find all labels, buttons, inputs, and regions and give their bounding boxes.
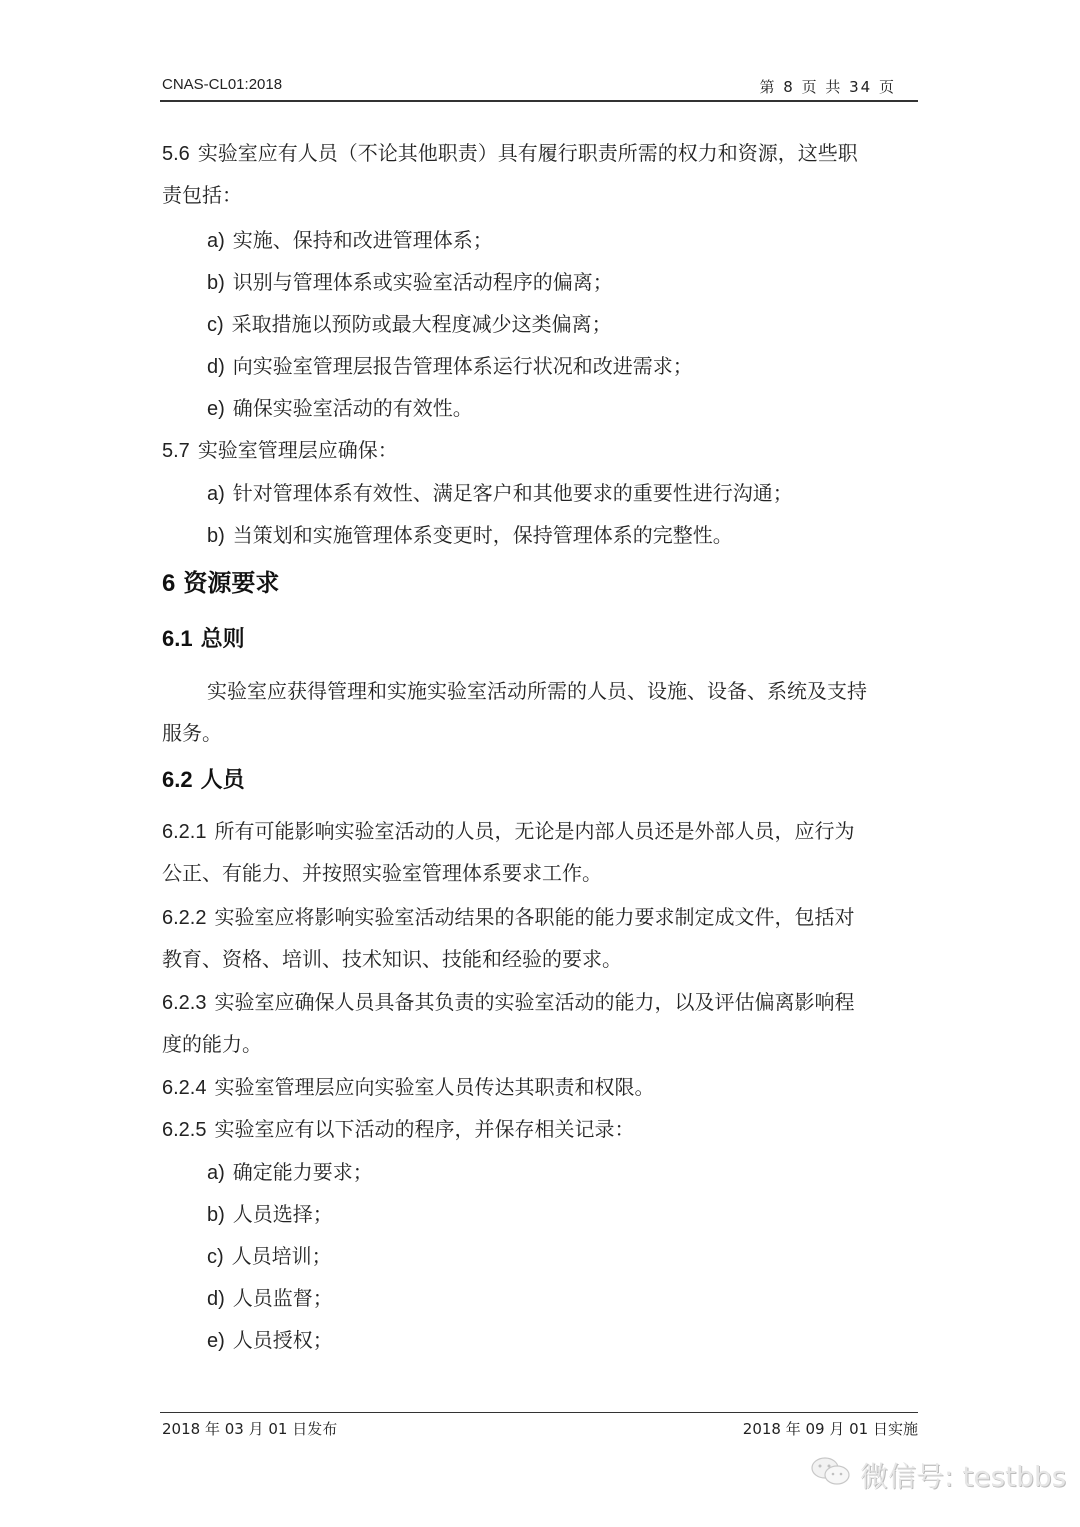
list-item: e)确保实验室活动的有效性。 bbox=[207, 395, 473, 422]
clause-6-2-1-continued: 公正、有能力、并按照实验室管理体系要求工作。 bbox=[162, 860, 602, 886]
document-page: CNAS-CL01:2018 第 8 页 共 34 页 5.6实验室应有人员（不… bbox=[0, 0, 1080, 1527]
clause-number: 6.2.4 bbox=[162, 1077, 206, 1099]
list-marker: e) bbox=[207, 398, 225, 420]
clause-6-2-5: 6.2.5实验室应有以下活动的程序，并保存相关记录： bbox=[162, 1116, 634, 1143]
clause-5-6: 5.6实验室应有人员（不论其他职责）具有履行职责所需的权力和资源，这些职 bbox=[162, 140, 858, 167]
list-item: a)确定能力要求； bbox=[207, 1159, 373, 1186]
section-heading-6: 6资源要求 bbox=[162, 570, 279, 597]
list-text: 人员监督； bbox=[233, 1286, 333, 1310]
list-text: 人员培训； bbox=[232, 1244, 332, 1268]
clause-text: 实验室应有以下活动的程序，并保存相关记录： bbox=[214, 1117, 634, 1141]
clause-6-2-3-continued: 度的能力。 bbox=[162, 1031, 262, 1057]
footer-divider bbox=[160, 1412, 918, 1413]
list-item: a)实施、保持和改进管理体系； bbox=[207, 227, 493, 254]
clause-text: 责包括： bbox=[162, 183, 242, 207]
list-marker: b) bbox=[207, 525, 225, 547]
page-header: CNAS-CL01:2018 第 8 页 共 34 页 bbox=[162, 76, 918, 98]
list-text: 识别与管理体系或实验室活动程序的偏离； bbox=[233, 270, 613, 294]
list-item: d)向实验室管理层报告管理体系运行状况和改进需求； bbox=[207, 353, 693, 380]
list-text: 实施、保持和改进管理体系； bbox=[233, 228, 493, 252]
clause-text: 实验室应将影响实验室活动结果的各职能的能力要求制定成文件，包括对 bbox=[214, 905, 854, 929]
section-number: 6.1 bbox=[162, 626, 193, 651]
clause-number: 5.6 bbox=[162, 143, 190, 165]
list-item: b)当策划和实施管理体系变更时，保持管理体系的完整性。 bbox=[207, 522, 733, 549]
clause-text: 所有可能影响实验室活动的人员，无论是内部人员还是外部人员，应行为 bbox=[214, 819, 854, 843]
list-item: c)人员培训； bbox=[207, 1243, 332, 1270]
clause-text: 教育、资格、培训、技术知识、技能和经验的要求。 bbox=[162, 947, 622, 971]
clause-text: 公正、有能力、并按照实验室管理体系要求工作。 bbox=[162, 861, 602, 885]
list-text: 确定能力要求； bbox=[233, 1160, 373, 1184]
list-text: 当策划和实施管理体系变更时，保持管理体系的完整性。 bbox=[233, 523, 733, 547]
list-marker: d) bbox=[207, 1288, 225, 1310]
list-item: b)人员选择； bbox=[207, 1201, 333, 1228]
clause-number: 6.2.1 bbox=[162, 821, 206, 843]
paragraph-text: 服务。 bbox=[162, 721, 222, 745]
clause-6-2-3: 6.2.3实验室应确保人员具备其负责的实验室活动的能力，以及评估偏离影响程 bbox=[162, 989, 854, 1016]
watermark-text: 微信号: testbbs bbox=[860, 1455, 1066, 1495]
list-marker: b) bbox=[207, 1204, 225, 1226]
clause-6-2-1: 6.2.1所有可能影响实验室活动的人员，无论是内部人员还是外部人员，应行为 bbox=[162, 818, 854, 845]
list-marker: c) bbox=[207, 314, 224, 336]
clause-text: 度的能力。 bbox=[162, 1032, 262, 1056]
list-text: 采取措施以预防或最大程度减少这类偏离； bbox=[232, 312, 612, 336]
clause-number: 6.2.5 bbox=[162, 1119, 206, 1141]
list-text: 确保实验室活动的有效性。 bbox=[233, 396, 473, 420]
list-marker: d) bbox=[207, 356, 225, 378]
section-heading-6-2: 6.2人员 bbox=[162, 767, 245, 794]
clause-number: 6.2.3 bbox=[162, 992, 206, 1014]
list-marker: c) bbox=[207, 1246, 224, 1268]
section-title: 总则 bbox=[201, 627, 245, 652]
clause-number: 5.7 bbox=[162, 440, 190, 462]
wechat-watermark: 微信号: testbbs bbox=[810, 1455, 1066, 1495]
list-text: 针对管理体系有效性、满足客户和其他要求的重要性进行沟通； bbox=[233, 481, 793, 505]
list-marker: a) bbox=[207, 483, 225, 505]
clause-6-2-2-continued: 教育、资格、培训、技术知识、技能和经验的要求。 bbox=[162, 946, 622, 972]
section-heading-6-1: 6.1总则 bbox=[162, 626, 245, 653]
list-item: c)采取措施以预防或最大程度减少这类偏离； bbox=[207, 311, 612, 338]
clause-6-2-2: 6.2.2实验室应将影响实验室活动结果的各职能的能力要求制定成文件，包括对 bbox=[162, 904, 854, 931]
list-marker: a) bbox=[207, 230, 225, 252]
list-marker: b) bbox=[207, 272, 225, 294]
section-title: 资源要求 bbox=[183, 569, 279, 597]
list-item: b)识别与管理体系或实验室活动程序的偏离； bbox=[207, 269, 613, 296]
list-marker: a) bbox=[207, 1162, 225, 1184]
list-text: 向实验室管理层报告管理体系运行状况和改进需求； bbox=[233, 354, 693, 378]
clause-text: 实验室应确保人员具备其负责的实验室活动的能力，以及评估偏离影响程 bbox=[214, 990, 854, 1014]
list-text: 人员授权； bbox=[233, 1328, 333, 1352]
section-number: 6 bbox=[162, 570, 175, 597]
clause-number: 6.2.2 bbox=[162, 907, 206, 929]
list-item: d)人员监督； bbox=[207, 1285, 333, 1312]
clause-text: 实验室管理层应确保： bbox=[198, 438, 398, 462]
effective-date: 2018 年 09 月 01 日实施 bbox=[743, 1418, 918, 1439]
clause-text: 实验室应有人员（不论其他职责）具有履行职责所需的权力和资源，这些职 bbox=[198, 141, 858, 165]
list-item: e)人员授权； bbox=[207, 1327, 333, 1354]
wechat-icon bbox=[810, 1455, 852, 1496]
document-id: CNAS-CL01:2018 bbox=[162, 76, 282, 93]
header-divider bbox=[160, 100, 918, 102]
section-number: 6.2 bbox=[162, 767, 193, 792]
clause-6-2-4: 6.2.4实验室管理层应向实验室人员传达其职责和权限。 bbox=[162, 1074, 654, 1101]
page-number: 第 8 页 共 34 页 bbox=[760, 76, 896, 97]
clause-5-7: 5.7实验室管理层应确保： bbox=[162, 437, 398, 464]
list-item: a)针对管理体系有效性、满足客户和其他要求的重要性进行沟通； bbox=[207, 480, 793, 507]
issue-date: 2018 年 03 月 01 日发布 bbox=[162, 1418, 337, 1439]
list-text: 人员选择； bbox=[233, 1202, 333, 1226]
section-title: 人员 bbox=[201, 768, 245, 793]
clause-text: 实验室管理层应向实验室人员传达其职责和权限。 bbox=[214, 1075, 654, 1099]
clause-5-6-continued: 责包括： bbox=[162, 182, 242, 208]
list-marker: e) bbox=[207, 1330, 225, 1352]
paragraph-6-1-continued: 服务。 bbox=[162, 720, 222, 746]
paragraph-text: 实验室应获得管理和实施实验室活动所需的人员、设施、设备、系统及支持 bbox=[207, 679, 867, 703]
paragraph-6-1: 实验室应获得管理和实施实验室活动所需的人员、设施、设备、系统及支持 bbox=[207, 678, 867, 704]
